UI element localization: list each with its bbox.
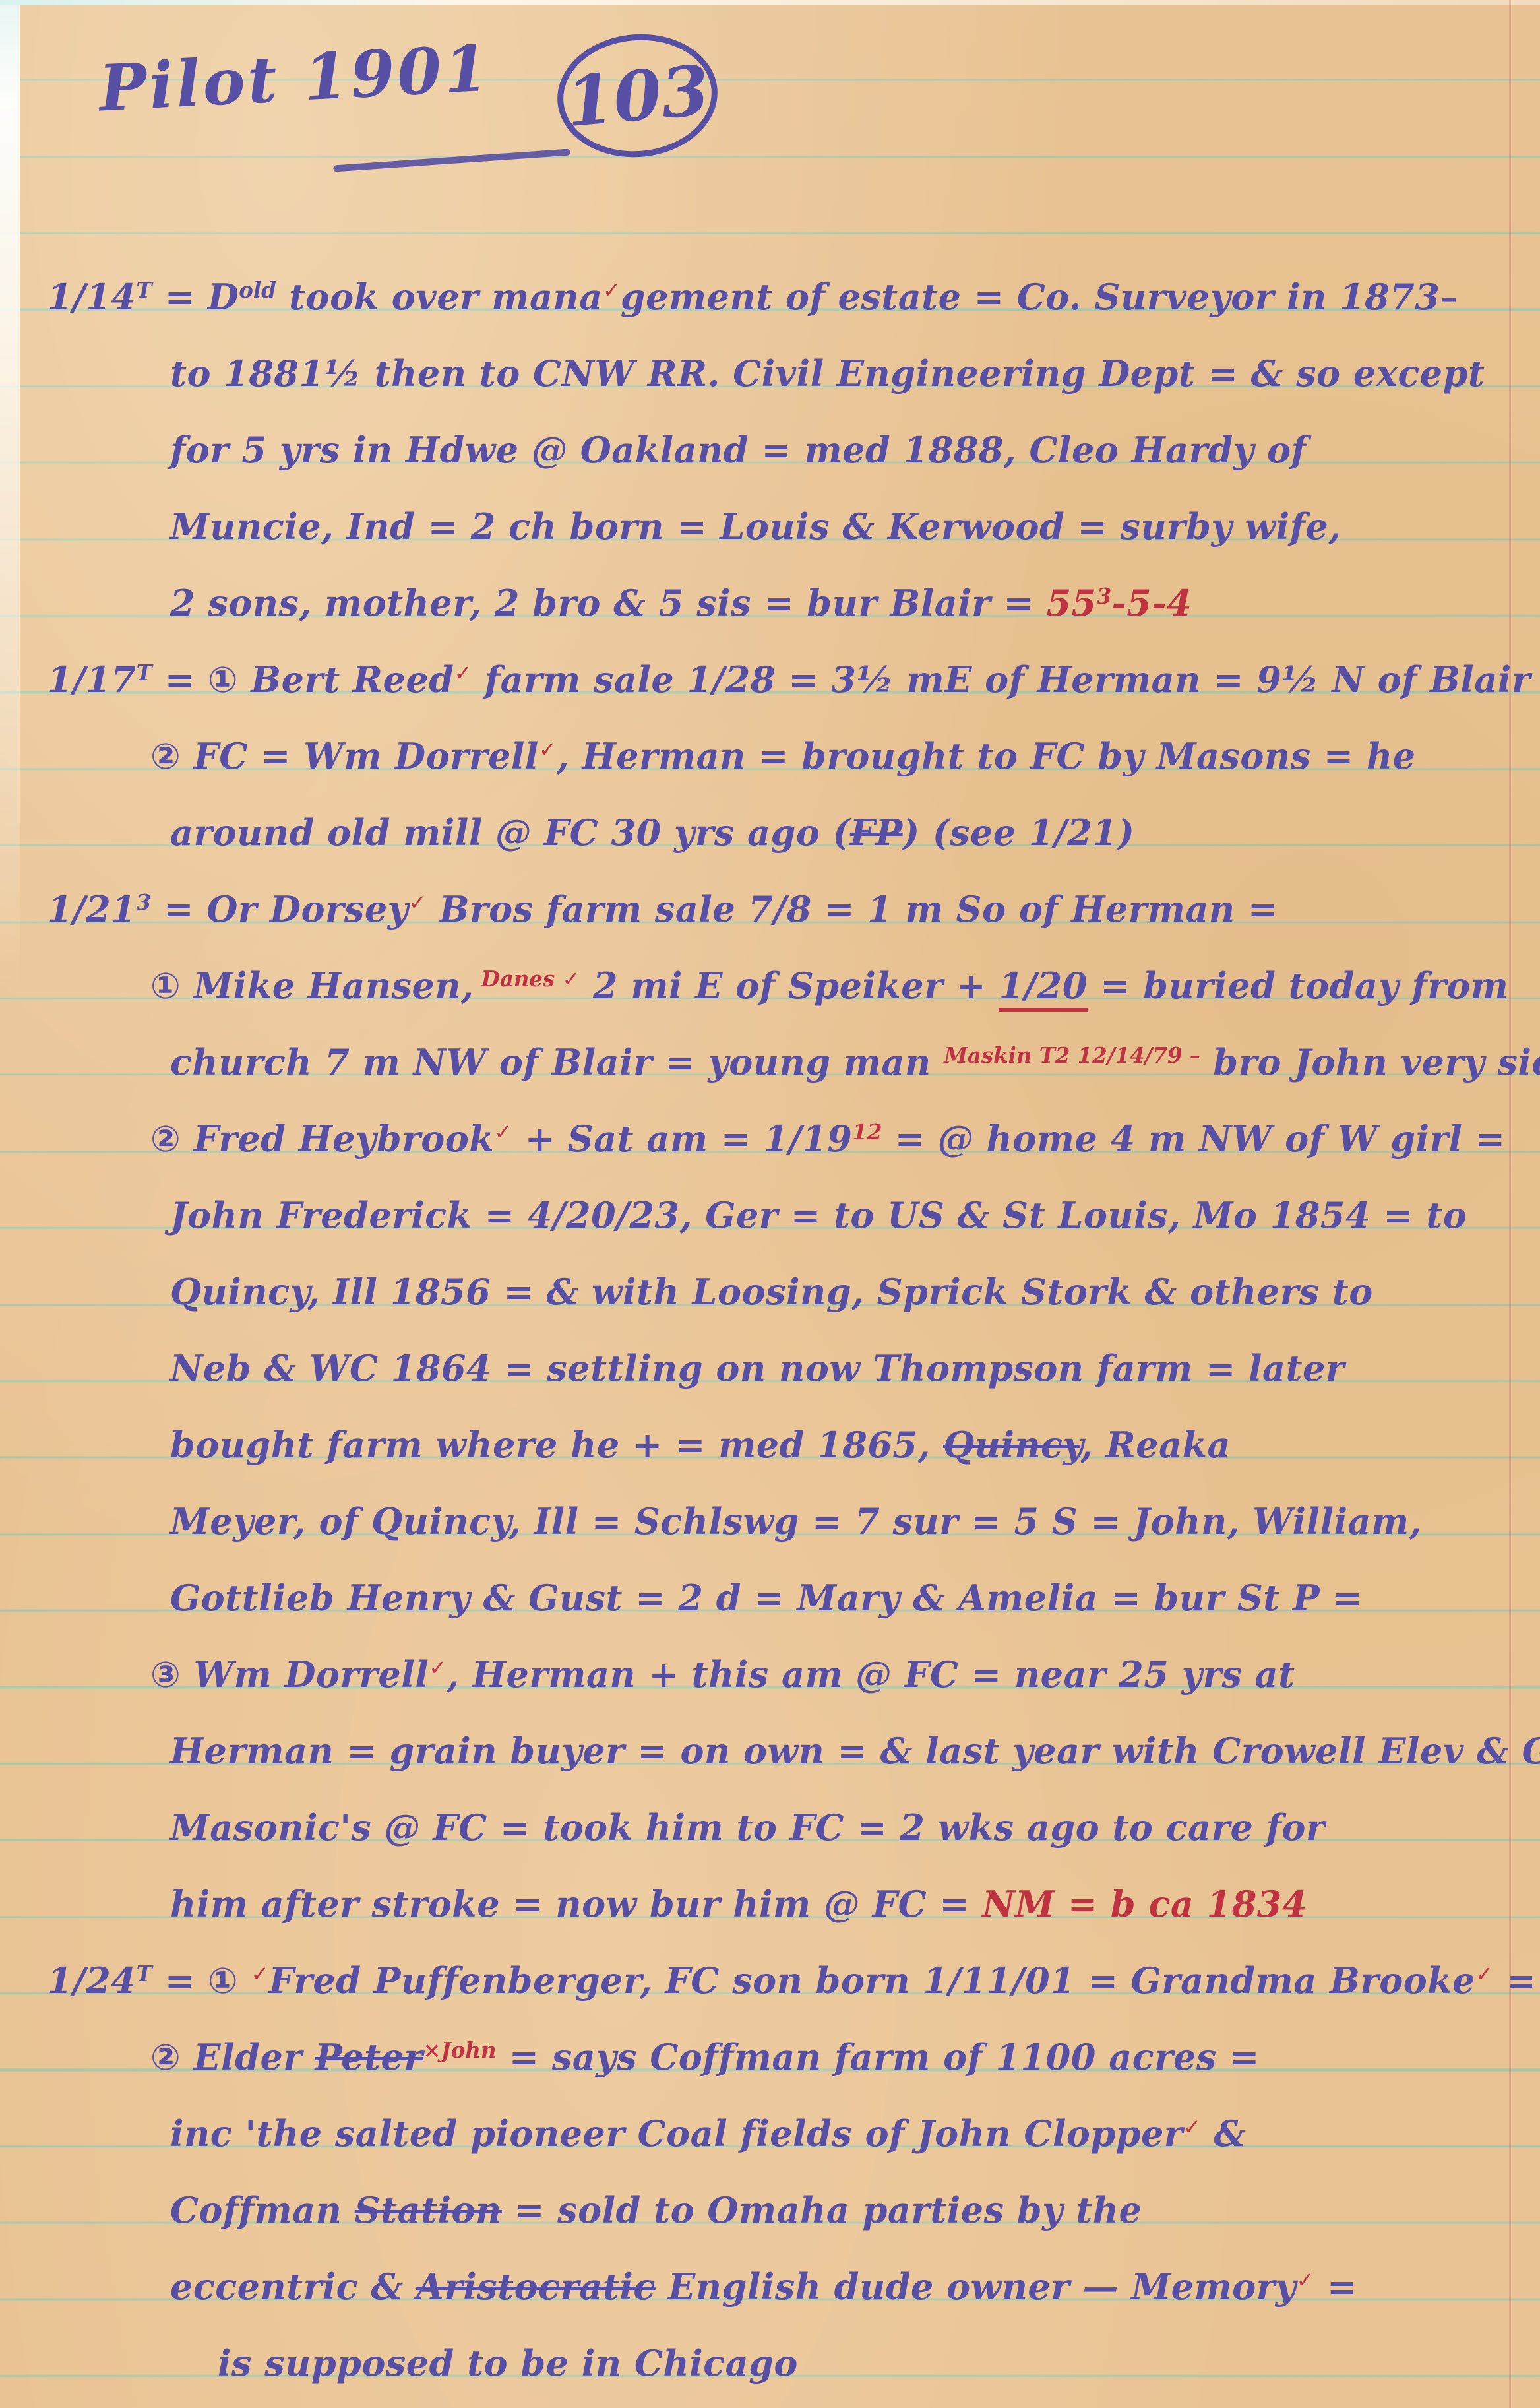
text-segment: ③ Wm Dorrell <box>150 1653 429 1695</box>
scan-top-edge <box>0 0 1540 5</box>
text-segment: = <box>1493 1959 1536 2002</box>
text-segment: ② Fred Heybrook <box>150 1118 494 1160</box>
handwritten-line: ② FC = Wm Dorrell✓, Herman = brought to … <box>0 718 1540 794</box>
handwritten-line: bought farm where he + = med 1865, Quinc… <box>0 1407 1540 1483</box>
text-segment: + Sat am = 1/19 <box>512 1118 852 1160</box>
handwritten-line: ② Elder Peter×John = says Coffman farm o… <box>0 2019 1540 2095</box>
text-segment: Aristocratic <box>416 2265 656 2308</box>
text-segment: FP <box>850 811 903 854</box>
text-segment: around old mill @ FC 30 yrs ago ( <box>170 811 850 854</box>
text-segment: Danes ✓ <box>474 966 580 992</box>
text-segment: = @ home 4 m NW of W girl = <box>882 1118 1505 1160</box>
handwritten-line: him after stroke = now bur him @ FC = NM… <box>0 1866 1540 1942</box>
text-segment: ) (see 1/21) <box>903 811 1135 854</box>
text-segment: = sold to Omaha parties by the <box>502 2189 1142 2231</box>
handwritten-line: Neb & WC 1864 = settling on now Thompson… <box>0 1330 1540 1407</box>
checkmark-icon: ✓ <box>409 890 427 915</box>
checkmark-icon: ✓ <box>1183 2114 1201 2139</box>
handwritten-line: Coffman Station = sold to Omaha parties … <box>0 2172 1540 2248</box>
text-segment: , Herman + this am @ FC = near 25 yrs at <box>447 1653 1295 1695</box>
handwritten-line: John Frederick = 4/20/23, Ger = to US & … <box>0 1177 1540 1253</box>
text-segment: Peter <box>315 2036 423 2078</box>
checkmark-icon: ✓ <box>454 660 472 685</box>
text-segment: Masonic's @ FC = took him to FC = 2 wks … <box>170 1806 1325 1849</box>
handwritten-line: church 7 m NW of Blair = young man Maski… <box>0 1024 1540 1100</box>
text-segment: ×John <box>423 2038 496 2063</box>
handwritten-line: ② Fred Heybrook✓ + Sat am = 1/1912 = @ h… <box>0 1100 1540 1177</box>
text-segment: T <box>136 1961 152 1986</box>
text-segment: 1/21 <box>47 888 136 930</box>
handwritten-line: Meyer, of Quincy, Ill = Schlswg = 7 sur … <box>0 1483 1540 1560</box>
text-segment: , Herman = brought to FC by Masons = he <box>557 735 1416 777</box>
text-segment: 12 <box>852 1120 882 1145</box>
text-segment: for 5 yrs in Hdwe @ Oakland = med 1888, … <box>170 429 1307 471</box>
text-segment: = D <box>152 276 239 318</box>
text-segment: bought farm where he + = med 1865, <box>170 1424 943 1466</box>
text-segment: ② Elder <box>150 2036 315 2078</box>
text-segment: ② FC = Wm Dorrell <box>150 735 539 777</box>
text-segment: 55 <box>1047 582 1097 624</box>
text-segment: 1/20 <box>999 965 1087 1012</box>
checkmark-icon: ✓ <box>251 1961 268 1986</box>
text-segment: = ① <box>152 1959 251 2002</box>
handwritten-line: to 1881½ then to CNW RR. Civil Engineeri… <box>0 335 1540 412</box>
text-segment: = buried today from <box>1088 965 1508 1007</box>
text-segment: Station <box>355 2189 502 2231</box>
handwritten-line: ③ Wm Dorrell✓, Herman + this am @ FC = n… <box>0 1636 1540 1713</box>
text-segment: 2 mi E of Speiker + <box>580 965 999 1007</box>
text-segment: ① Mike Hansen, <box>150 965 474 1007</box>
text-segment: took over mana <box>276 276 603 318</box>
text-segment: English dude owner — Memory <box>656 2265 1297 2308</box>
text-segment: him after stroke = now bur him @ FC = <box>170 1883 982 1925</box>
text-segment: & <box>1201 2112 1247 2155</box>
text-segment: , Reaka <box>1080 1424 1231 1466</box>
handwritten-line: eccentric & Aristocratic English dude ow… <box>0 2248 1540 2325</box>
text-segment: bro John very sick = <box>1200 1041 1540 1083</box>
text-segment: Quincy, Ill 1856 = & with Loosing, Spric… <box>170 1271 1373 1313</box>
checkmark-icon: ✓ <box>539 737 557 762</box>
text-segment: eccentric & <box>170 2265 416 2308</box>
checkmark-icon: ✓ <box>603 278 621 303</box>
text-segment: = <box>1314 2265 1357 2308</box>
text-segment: = Or Dorsey <box>151 888 409 930</box>
text-segment: Maskin T2 12/14/79 – <box>944 1043 1200 1068</box>
page-number-badge: 103 <box>552 28 722 164</box>
handwritten-line: 1/17T = ① Bert Reed✓ farm sale 1/28 = 3½… <box>0 641 1540 718</box>
text-segment: 3 <box>1097 584 1112 609</box>
handwritten-line: Herman = grain buyer = on own = & last y… <box>0 1713 1540 1789</box>
text-segment: gement of estate = Co. Surveyor in 1873– <box>621 276 1458 318</box>
text-segment: Coffman <box>170 2189 355 2231</box>
handwritten-line: is supposed to be in Chicago <box>0 2325 1540 2401</box>
handwritten-line: 2 sons, mother, 2 bro & 5 sis = bur Blai… <box>0 565 1540 641</box>
text-segment: = says Coffman farm of 1100 acres = <box>497 2036 1260 2078</box>
text-segment: 1/17 <box>47 658 136 701</box>
text-segment: Neb & WC 1864 = settling on now Thompson… <box>170 1347 1345 1389</box>
text-segment: Bros farm sale 7/8 = 1 m So of Herman = <box>427 888 1278 930</box>
handwritten-line: Gottlieb Henry & Gust = 2 d = Mary & Ame… <box>0 1560 1540 1636</box>
handwritten-line: Muncie, Ind = 2 ch born = Louis & Kerwoo… <box>0 488 1540 565</box>
text-segment: Meyer, of Quincy, Ill = Schlswg = 7 sur … <box>170 1500 1422 1542</box>
text-segment: inc 'the salted pioneer Coal fields of J… <box>170 2112 1183 2155</box>
text-segment: farm sale 1/28 = 3½ mE of Herman = 9½ N … <box>472 658 1531 701</box>
text-segment: NM = b ca 1834 <box>982 1883 1307 1925</box>
text-segment: -5-4 <box>1111 582 1192 624</box>
text-segment: John Frederick = 4/20/23, Ger = to US & … <box>170 1194 1467 1236</box>
text-segment: T <box>136 278 152 303</box>
text-segment: Fred Puffenberger, FC son born 1/11/01 =… <box>269 1959 1475 2002</box>
title-underline <box>333 148 570 172</box>
checkmark-icon: ✓ <box>1475 1961 1493 1986</box>
text-segment: Herman = grain buyer = on own = & last y… <box>170 1730 1540 1772</box>
handwritten-line: inc 'the salted pioneer Coal fields of J… <box>0 2095 1540 2172</box>
text-segment: Gottlieb Henry & Gust = 2 d = Mary & Ame… <box>170 1577 1363 1619</box>
handwritten-line: 1/14T = Dold took over mana✓gement of es… <box>0 259 1540 335</box>
text-segment: is supposed to be in Chicago <box>218 2342 798 2384</box>
handwritten-line: ① Mike Hansen, Danes ✓ 2 mi E of Speiker… <box>0 947 1540 1024</box>
text-segment: old <box>239 278 276 303</box>
text-segment: Quincy <box>943 1424 1080 1466</box>
notebook-page: Pilot 1901 103 1/14T = Dold took over ma… <box>0 0 1540 2408</box>
text-segment: 2 sons, mother, 2 bro & 5 sis = bur Blai… <box>170 582 1047 624</box>
text-segment: 3 <box>136 890 151 915</box>
handwritten-line: around old mill @ FC 30 yrs ago (FP) (se… <box>0 794 1540 871</box>
checkmark-icon: ✓ <box>494 1120 512 1145</box>
text-segment: church 7 m NW of Blair = young man <box>170 1041 944 1083</box>
text-segment: = ① Bert Reed <box>152 658 454 701</box>
text-segment: T <box>136 660 152 685</box>
page-title: Pilot 1901 <box>97 31 492 126</box>
text-segment: Muncie, Ind = 2 ch born = Louis & Kerwoo… <box>170 505 1341 548</box>
handwritten-line: 1/213 = Or Dorsey✓ Bros farm sale 7/8 = … <box>0 871 1540 947</box>
handwritten-line: 1/24T = ① ✓Fred Puffenberger, FC son bor… <box>0 1942 1540 2019</box>
handwritten-line: for 5 yrs in Hdwe @ Oakland = med 1888, … <box>0 412 1540 488</box>
checkmark-icon: ✓ <box>1296 2267 1314 2293</box>
text-segment: 1/14 <box>47 276 136 318</box>
text-segment: 1/24 <box>47 1959 136 2002</box>
handwriting-lines: 1/14T = Dold took over mana✓gement of es… <box>0 259 1540 2401</box>
handwritten-line: Quincy, Ill 1856 = & with Loosing, Spric… <box>0 1253 1540 1330</box>
checkmark-icon: ✓ <box>429 1655 447 1680</box>
page-number: 103 <box>563 49 712 142</box>
handwritten-line: Masonic's @ FC = took him to FC = 2 wks … <box>0 1789 1540 1866</box>
text-segment: to 1881½ then to CNW RR. Civil Engineeri… <box>170 352 1485 395</box>
